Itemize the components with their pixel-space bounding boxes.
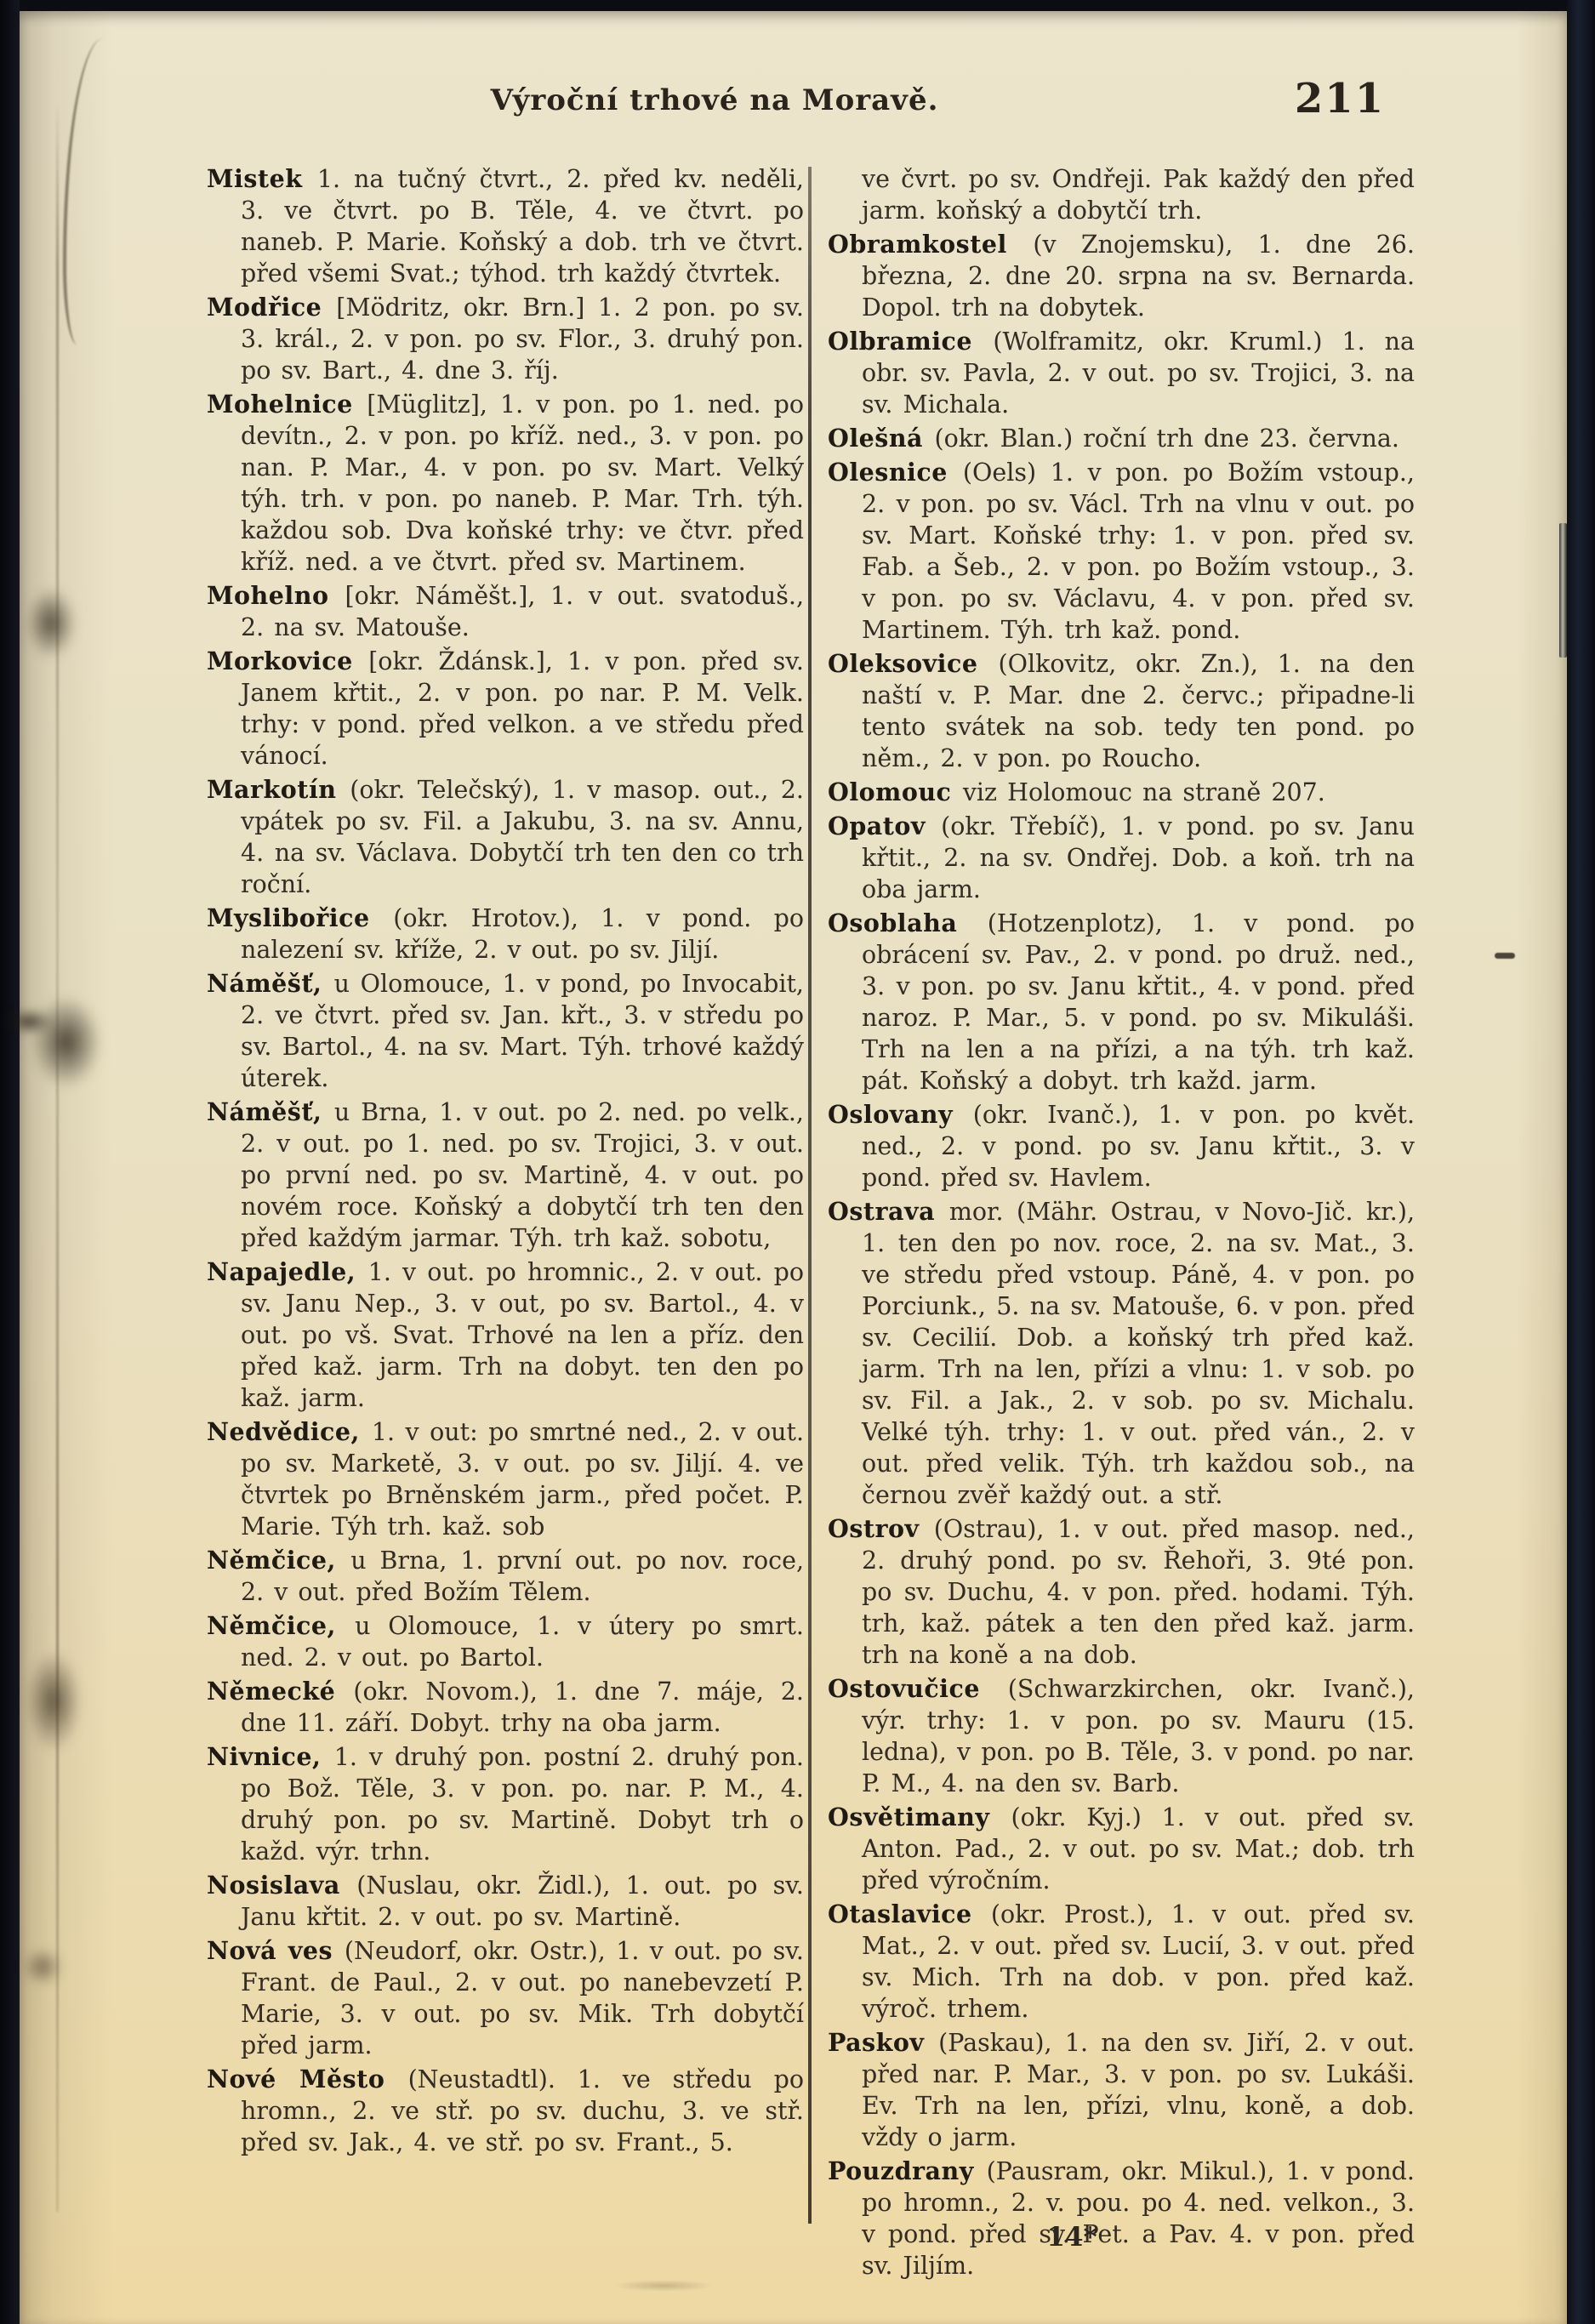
page-edge-clip: [1559, 523, 1567, 658]
margin-ink-mark: [1495, 953, 1515, 959]
market-entry: Otaslavice (okr. Prost.), 1. v out. před…: [828, 1899, 1415, 2025]
paper-smudge: [612, 2280, 715, 2292]
town-name: Oslovany: [828, 1100, 973, 1129]
town-name: Opatov: [828, 812, 941, 840]
town-name: Olomouc: [828, 778, 963, 806]
market-entry: Napajedle, 1. v out. po hromnic., 2. v o…: [207, 1256, 804, 1414]
market-entry: Německé (okr. Novom.), 1. dne 7. máje, 2…: [207, 1676, 804, 1739]
market-entry: Ostrov (Ostrau), 1. v out. před masop. n…: [828, 1513, 1415, 1671]
town-name: Ostovučice: [828, 1674, 1008, 1703]
market-entry: Náměšť, u Brna, 1. v out. po 2. ned. po …: [207, 1096, 804, 1254]
market-entry: Nosislava (Nuslau, okr. Židl.), 1. out. …: [207, 1870, 804, 1933]
scan-edge-top: [0, 0, 1595, 11]
town-name: Paskov: [828, 2028, 938, 2057]
market-entry: Paskov (Paskau), 1. na den sv. Jiří, 2. …: [828, 2027, 1415, 2153]
page-number: 211: [1267, 75, 1412, 122]
town-name: Nové Město: [207, 2065, 408, 2093]
town-name: Myslibořice: [207, 903, 393, 932]
town-name: Morkovice: [207, 647, 368, 675]
market-entry: Olomouc viz Holomouc na straně 207.: [828, 777, 1415, 808]
town-name: Němčice,: [207, 1546, 350, 1575]
scan-edge-right: [1567, 0, 1595, 2324]
binding-stain: [31, 995, 102, 1089]
market-entry: Nivnice, 1. v druhý pon. postní 2. druhý…: [207, 1741, 804, 1867]
town-name: Modřice: [207, 293, 336, 322]
town-name: Pouzdrany: [828, 2156, 987, 2185]
market-entry: ve čvrt. po sv. Ondřeji. Pak každý den p…: [828, 163, 1415, 226]
town-name: Německé: [207, 1677, 353, 1706]
market-entry: Mistek 1. na tučný čtvrt., 2. před kv. n…: [207, 163, 804, 289]
town-name: Olbramice: [828, 327, 993, 356]
market-entry: Němčice, u Olomouce, 1. v útery po smrt.…: [207, 1610, 804, 1673]
town-name: Obramkostel: [828, 230, 1033, 259]
market-entry: Pouzdrany (Pausram, okr. Mikul.), 1. v p…: [828, 2156, 1415, 2281]
market-entry: Náměšť, u Olomouce, 1. v pond, po Invoca…: [207, 968, 804, 1094]
town-name: Náměšť,: [207, 969, 334, 998]
market-entry: Nedvědice, 1. v out: po smrtné ned., 2. …: [207, 1416, 804, 1542]
right-column: ve čvrt. po sv. Ondřeji. Pak každý den p…: [828, 163, 1415, 2284]
market-entry: Ostovučice (Schwarzkirchen, okr. Ivanč.)…: [828, 1673, 1415, 1799]
market-entry: Oleksovice (Olkovitz, okr. Zn.), 1. na d…: [828, 648, 1415, 774]
market-entry: Nová ves (Neudorf, okr. Ostr.), 1. v out…: [207, 1935, 804, 2061]
town-name: Osvětimany: [828, 1803, 1011, 1831]
market-entry: Olešná (okr. Blan.) roční trh dne 23. če…: [828, 423, 1415, 454]
town-name: Nivnice,: [207, 1742, 334, 1771]
left-column: Mistek 1. na tučný čtvrt., 2. před kv. n…: [207, 163, 804, 2161]
town-name: Olesnice: [828, 458, 963, 487]
market-entry: Olesnice (Oels) 1. v pon. po Božím vstou…: [828, 457, 1415, 646]
page-title: Výroční trhové na Moravě.: [357, 83, 1072, 117]
column-divider-rule: [808, 167, 812, 2224]
town-name: Nová ves: [207, 1936, 345, 1965]
market-entry: Oslovany (okr. Ivanč.), 1. v pon. po kvě…: [828, 1099, 1415, 1193]
town-name: Osoblaha: [828, 909, 988, 937]
market-entry: Osvětimany (okr. Kyj.) 1. v out. před sv…: [828, 1802, 1415, 1896]
town-name: Napajedle,: [207, 1257, 368, 1286]
market-entry: Mohelno [okr. Náměšt.], 1. v out. svatod…: [207, 580, 804, 643]
town-name: Mohelnice: [207, 390, 367, 419]
town-name: Olešná: [828, 424, 934, 453]
town-name: Markotín: [207, 775, 350, 804]
market-entry: Myslibořice (okr. Hrotov.), 1. v pond. p…: [207, 903, 804, 965]
town-name: Mistek: [207, 164, 317, 193]
scan-edge-left: [0, 0, 20, 2324]
town-name: Ostrava: [828, 1197, 949, 1226]
market-entry: Modřice [Mödritz, okr. Brn.] 1. 2 pon. p…: [207, 292, 804, 386]
binding-stain: [22, 1948, 63, 1985]
market-entry: Mohelnice [Müglitz], 1. v pon. po 1. ned…: [207, 389, 804, 578]
market-entry: Obramkostel (v Znojemsku), 1. dne 26. bř…: [828, 229, 1415, 323]
market-entry: Osoblaha (Hotzenplotz), 1. v pond. po ob…: [828, 908, 1415, 1096]
market-entry: Morkovice [okr. Ždánsk.], 1. v pon. před…: [207, 646, 804, 772]
town-name: Ostrov: [828, 1514, 934, 1543]
market-entry: Olbramice (Wolframitz, okr. Kruml.) 1. n…: [828, 326, 1415, 420]
binding-stain: [26, 587, 77, 659]
market-entry: Markotín (okr. Telečský), 1. v masop. ou…: [207, 774, 804, 900]
town-name: Nosislava: [207, 1871, 356, 1900]
market-entry: Němčice, u Brna, 1. první out. po nov. r…: [207, 1545, 804, 1608]
market-entry: Opatov (okr. Třebíč), 1. v pond. po sv. …: [828, 811, 1415, 905]
gutter-crease: [56, 102, 59, 2212]
market-entry: Ostrava mor. (Mähr. Ostrau, v Novo-Jič. …: [828, 1196, 1415, 1511]
town-name: Nedvědice,: [207, 1417, 372, 1446]
market-entry: Nové Město (Neustadtl). 1. ve středu po …: [207, 2064, 804, 2158]
town-name: Němčice,: [207, 1611, 355, 1640]
town-name: Náměšť,: [207, 1097, 334, 1126]
town-name: Oleksovice: [828, 649, 999, 678]
town-name: Otaslavice: [828, 1900, 991, 1928]
printer-signature: 14*: [1004, 2222, 1140, 2253]
town-name: Mohelno: [207, 581, 345, 610]
binding-stain: [26, 1650, 82, 1752]
binding-notch: [7, 1011, 51, 1033]
